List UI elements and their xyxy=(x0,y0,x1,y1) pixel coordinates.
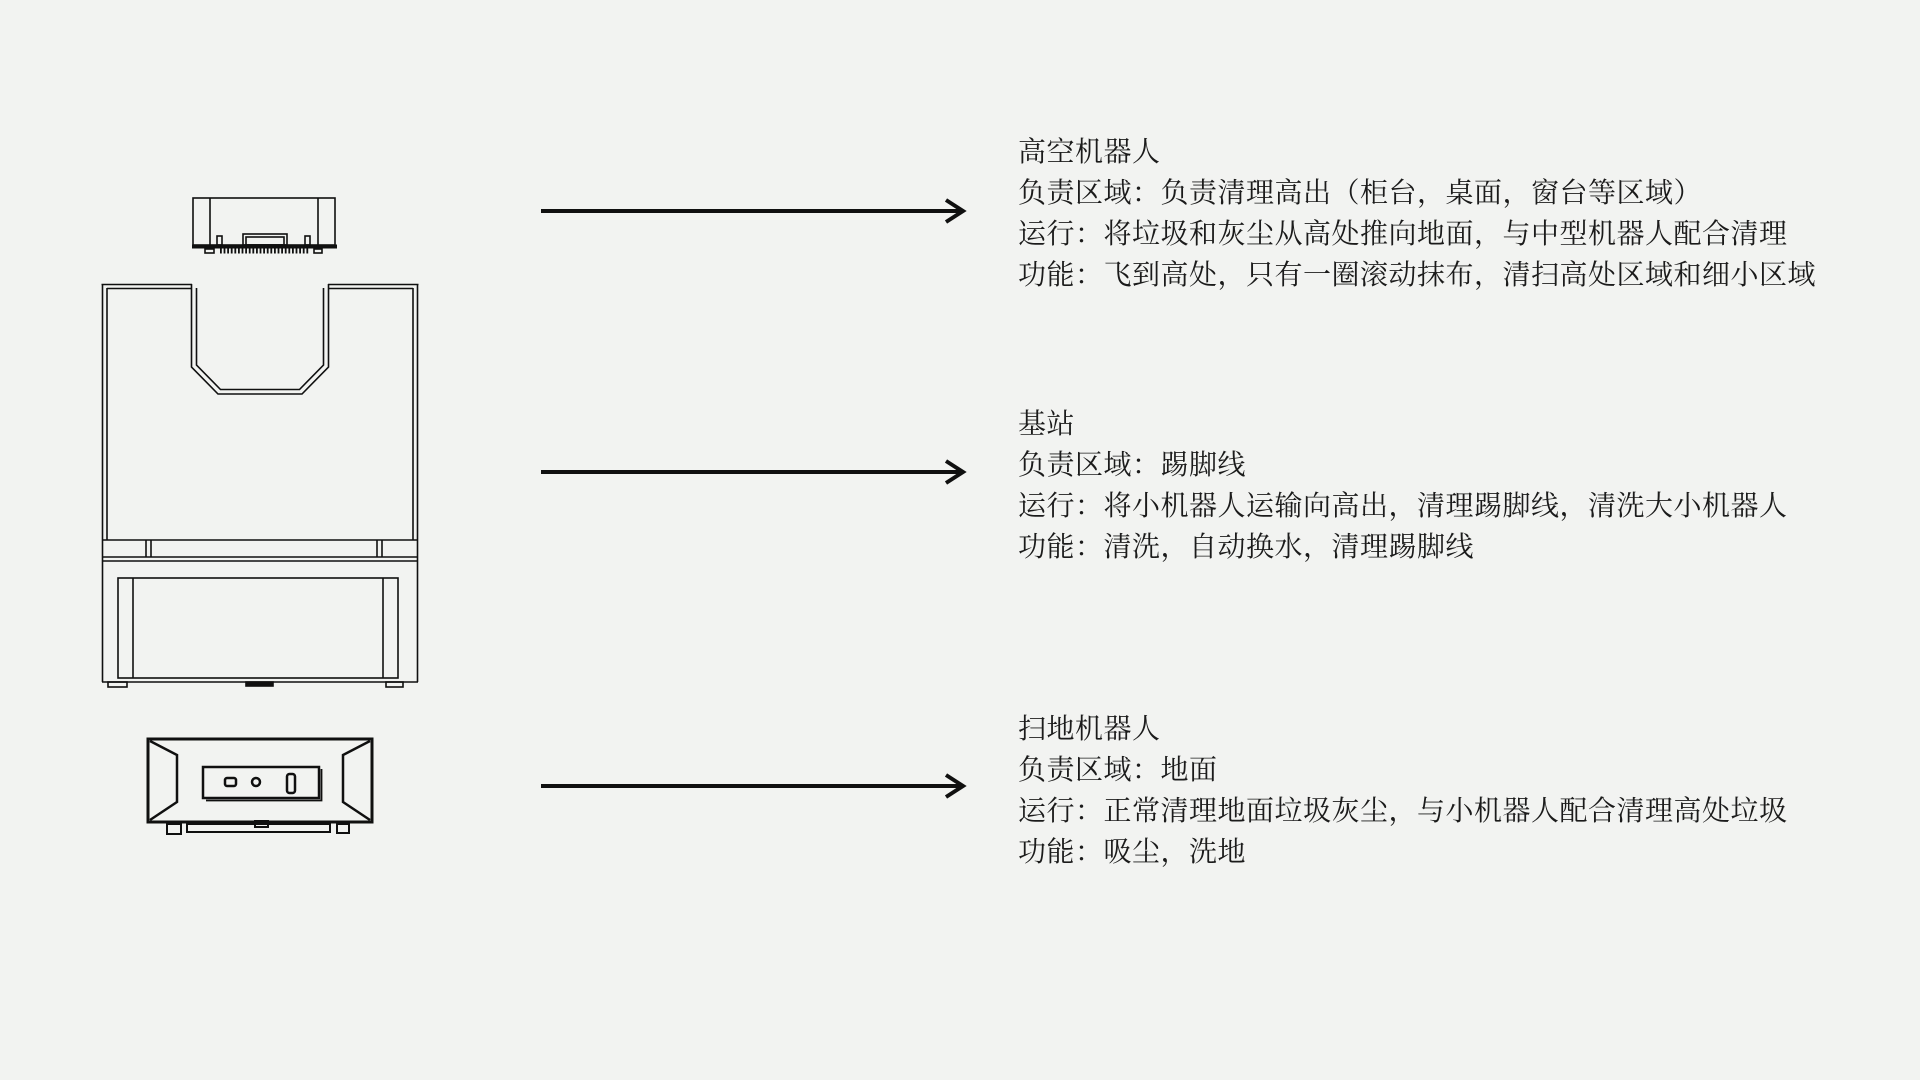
arrow-right-icon xyxy=(540,196,970,231)
base-station-line-art xyxy=(100,281,420,691)
floor-robot-operation-line: 运行：正常清理地面垃圾灰尘，与小机器人配合清理高处垃圾 xyxy=(1018,790,1788,831)
floor-robot-drawing xyxy=(145,736,375,836)
aerial-robot-operation-line: 运行：将垃圾和灰尘从高处推向地面，与中型机器人配合清理 xyxy=(1018,213,1816,254)
base-station-title: 基站 xyxy=(1018,403,1788,444)
aerial-robot-function-line: 功能：飞到高处，只有一圈滚动抹布，清扫高处区域和细小区域 xyxy=(1018,254,1816,295)
diagram-canvas: 高空机器人 负责区域：负责清理高出（柜台，桌面，窗台等区域） 运行：将垃圾和灰尘… xyxy=(0,0,1920,1080)
floor-robot-line-art xyxy=(145,736,375,836)
aerial-robot-description: 高空机器人 负责区域：负责清理高出（柜台，桌面，窗台等区域） 运行：将垃圾和灰尘… xyxy=(1018,131,1816,295)
floor-robot-title: 扫地机器人 xyxy=(1018,708,1788,749)
floor-robot-function-line: 功能：吸尘，洗地 xyxy=(1018,831,1788,872)
base-station-function-line: 功能：清洗，自动换水，清理踢脚线 xyxy=(1018,526,1788,567)
aerial-robot-line-art xyxy=(191,196,341,258)
base-station-operation-line: 运行：将小机器人运输向高出，清理踢脚线，清洗大小机器人 xyxy=(1018,485,1788,526)
aerial-robot-drawing xyxy=(191,196,341,258)
floor-robot-description: 扫地机器人 负责区域：地面 运行：正常清理地面垃圾灰尘，与小机器人配合清理高处垃… xyxy=(1018,708,1788,872)
aerial-robot-title: 高空机器人 xyxy=(1018,131,1816,172)
arrow-right-icon xyxy=(540,771,970,806)
base-station-drawing xyxy=(100,281,420,691)
base-station-zone-line: 负责区域：踢脚线 xyxy=(1018,444,1788,485)
floor-robot-zone-line: 负责区域：地面 xyxy=(1018,749,1788,790)
base-station-description: 基站 负责区域：踢脚线 运行：将小机器人运输向高出，清理踢脚线，清洗大小机器人 … xyxy=(1018,403,1788,567)
arrow-right-icon xyxy=(540,457,970,492)
aerial-robot-zone-line: 负责区域：负责清理高出（柜台，桌面，窗台等区域） xyxy=(1018,172,1816,213)
